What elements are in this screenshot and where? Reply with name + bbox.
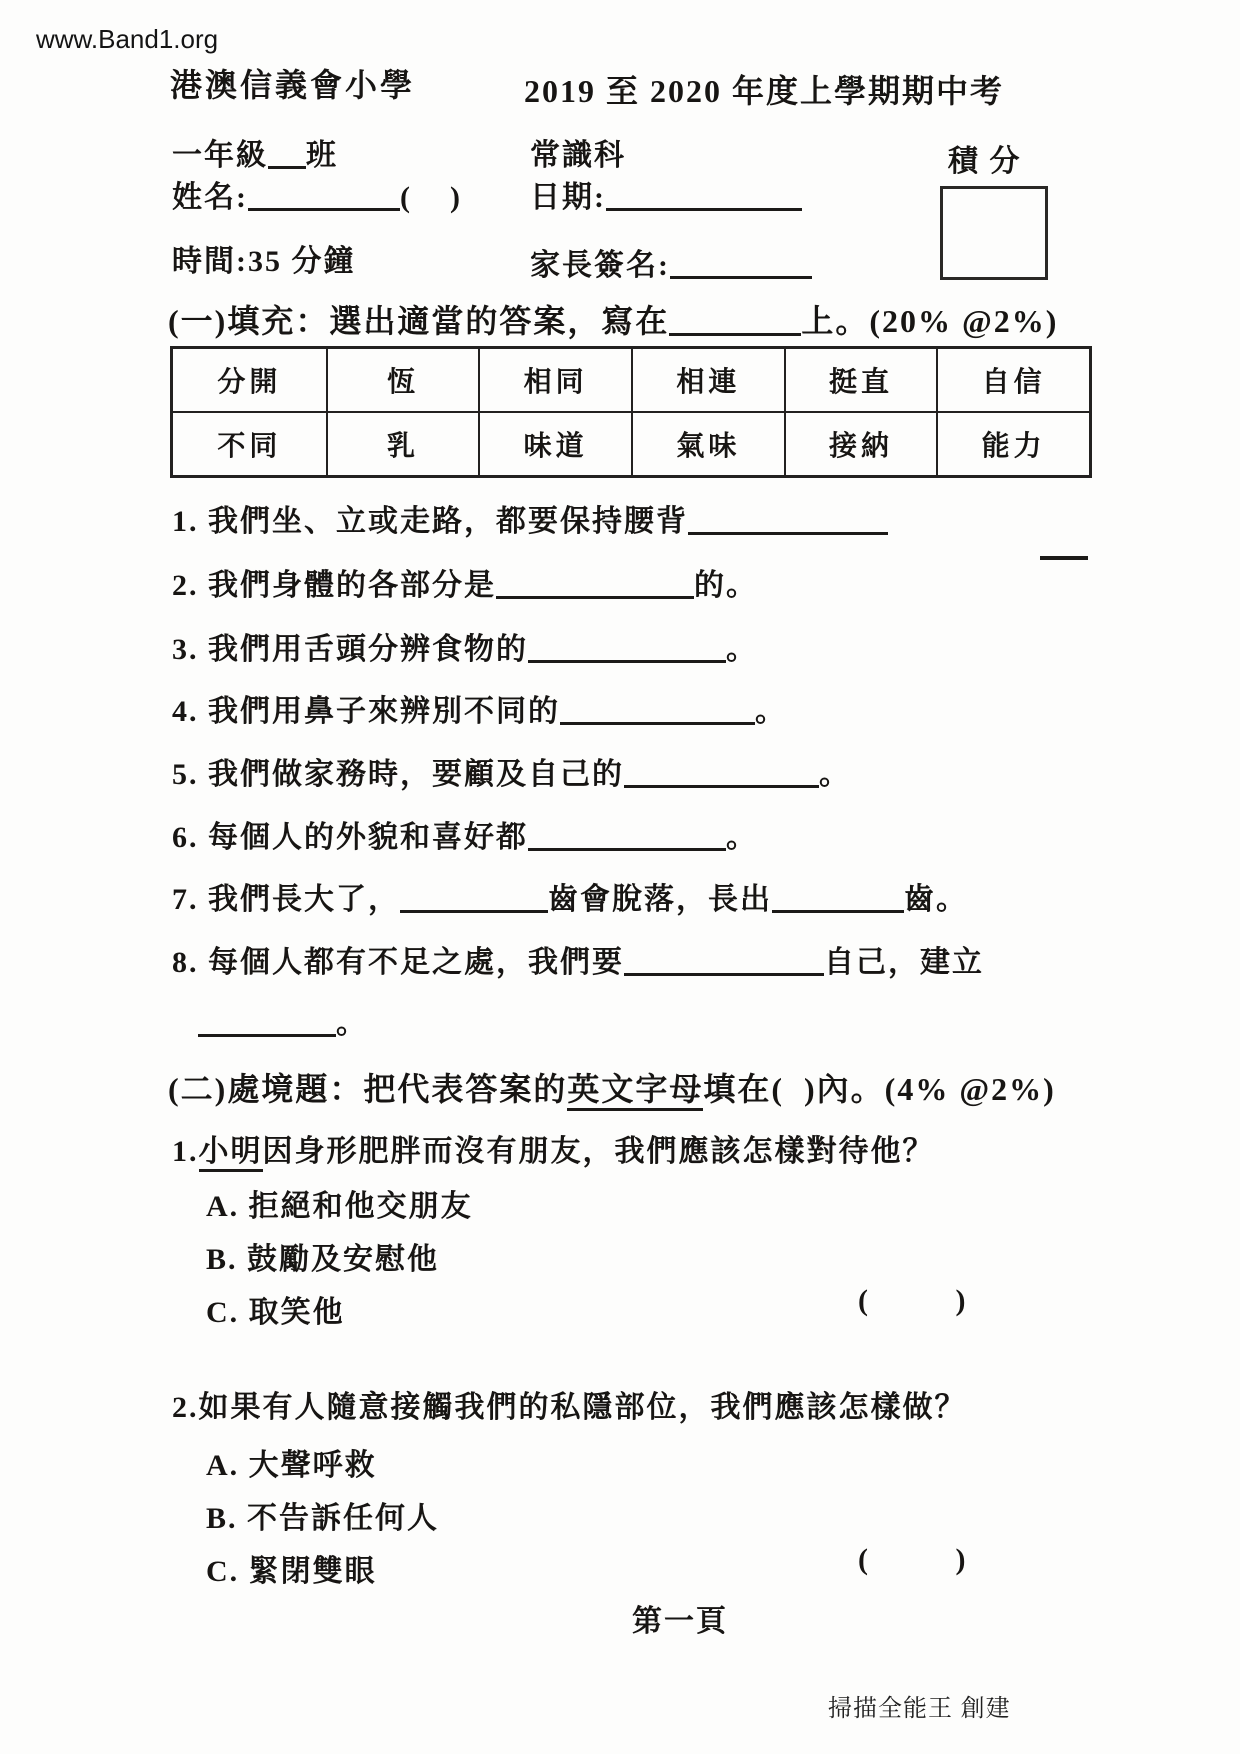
question-end: 。 — [726, 633, 758, 666]
exam-paper-page: www.Band1.org 港澳信義會小學 2019 至 2020 年度上學期期… — [0, 0, 1240, 1754]
question-number: 1. — [172, 505, 199, 538]
question-number: 2. — [172, 1391, 199, 1424]
word-bank-cell: 挺直 — [784, 349, 937, 411]
english-letters-underlined: 英文字母 — [567, 1071, 703, 1111]
grade-blank — [268, 139, 306, 169]
section2-title-prefix: (二)處境題：把代表答案的 — [168, 1071, 567, 1107]
section1-title: (一)填充：選出適當的答案，寫在上。(20% @2%) — [168, 296, 1058, 342]
question-text: 我們用鼻子來辨別不同的 — [208, 695, 560, 728]
name-blank — [248, 181, 400, 211]
question-row-2: 2. 我們身體的各部分是的。 — [172, 560, 758, 604]
question-blank — [624, 946, 824, 976]
question-blank — [496, 569, 694, 599]
answer-parentheses: ( ) — [858, 1284, 967, 1318]
question-text: 每個人都有不足之處，我們要 — [208, 946, 624, 979]
section2-title: (二)處境題：把代表答案的英文字母填在( )內。(4% @2%) — [168, 1064, 1056, 1110]
question-number: 4. — [172, 695, 199, 728]
question-row-3: 3. 我們用舌頭分辨食物的。 — [172, 624, 758, 668]
question-blank — [688, 505, 888, 535]
grade-label: 一年級 — [172, 139, 268, 172]
question-blank — [198, 1007, 336, 1037]
question-row-4: 4. 我們用鼻子來辨別不同的。 — [172, 686, 787, 730]
page-number: 第一頁 — [632, 1596, 728, 1640]
word-bank-cell: 乳 — [326, 411, 479, 475]
question-blank — [560, 695, 755, 725]
parent-sign-blank — [670, 249, 812, 279]
question-number: 6. — [172, 821, 199, 854]
question-text: 每個人的外貌和喜好都 — [208, 821, 528, 854]
question-text: 如果有人隨意接觸我們的私隱部位，我們應該怎樣做？ — [199, 1391, 967, 1424]
exam-title: 2019 至 2020 年度上學期期中考 — [524, 66, 1004, 112]
s2-question-2: 2.如果有人隨意接觸我們的私隱部位，我們應該怎樣做？ — [172, 1382, 967, 1426]
question-end: 。 — [726, 821, 758, 854]
question-number: 2. — [172, 569, 199, 602]
question-number: 5. — [172, 758, 199, 791]
word-bank-cell: 能力 — [936, 411, 1089, 475]
name-line: 姓名:( ) — [172, 172, 462, 216]
date-line: 日期: — [530, 172, 802, 216]
question-text-mid: 齒會脫落，長出 — [548, 883, 772, 916]
option-item: A. 拒絕和他交朋友 — [206, 1181, 473, 1225]
option-item: B. 鼓勵及安慰他 — [206, 1234, 439, 1278]
word-bank-cell: 恆 — [326, 349, 479, 411]
option-item: A. 大聲呼救 — [206, 1440, 377, 1484]
option-item: B. 不告訴任何人 — [206, 1493, 439, 1537]
word-bank-cell: 相同 — [478, 349, 631, 411]
section1-title-suffix: 上。(20% @2%) — [801, 303, 1058, 339]
word-bank-cell: 味道 — [478, 411, 631, 475]
date-label: 日期: — [530, 181, 606, 214]
subject-label: 常識科 — [530, 130, 626, 174]
school-name: 港澳信義會小學 — [170, 60, 415, 106]
word-bank-cell: 氣味 — [631, 411, 784, 475]
grade-line: 一年級班 — [172, 130, 338, 174]
option-item: C. 取笑他 — [206, 1287, 345, 1331]
question-end: 齒。 — [904, 883, 968, 916]
s2-question-1: 1.小明因身形肥胖而沒有朋友，我們應該怎樣對待他？ — [172, 1126, 935, 1170]
question-end: 。 — [819, 758, 851, 791]
question-text: 因身形肥胖而沒有朋友，我們應該怎樣對待他？ — [263, 1135, 935, 1168]
time-label: 時間:35 分鐘 — [172, 236, 356, 280]
question-blank — [624, 758, 819, 788]
question-blank — [400, 883, 548, 913]
question-row-7: 7. 我們長大了，齒會脫落，長出齒。 — [172, 874, 968, 918]
option-item: C. 緊閉雙眼 — [206, 1546, 377, 1590]
question-row-6: 6. 每個人的外貌和喜好都。 — [172, 812, 758, 856]
question-text: 我們坐、立或走路，都要保持腰背 — [208, 505, 688, 538]
question-number: 7. — [172, 883, 199, 916]
watermark-url: www.Band1.org — [36, 24, 218, 55]
stray-mark — [1040, 556, 1088, 560]
question-number: 8. — [172, 946, 199, 979]
question-text: 我們長大了， — [208, 883, 400, 916]
question-number: 1. — [172, 1135, 199, 1168]
question-text: 我們身體的各部分是 — [208, 569, 496, 602]
section2-title-suffix: 填在( )內。(4% @2%) — [703, 1071, 1055, 1107]
scanner-credit: 掃描全能王 創建 — [828, 1688, 1011, 1723]
word-bank-cell: 不同 — [173, 411, 326, 475]
score-label: 積 分 — [948, 136, 1022, 180]
question-row-1: 1. 我們坐、立或走路，都要保持腰背 — [172, 496, 888, 540]
question-blank — [528, 633, 726, 663]
word-bank-cell: 分開 — [173, 349, 326, 411]
question-row-8-line2: 。 — [198, 998, 368, 1042]
grade-suffix: 班 — [306, 139, 338, 172]
section1-title-blank — [669, 304, 801, 336]
section1-title-prefix: (一)填充：選出適當的答案，寫在 — [168, 303, 669, 339]
question-text: 我們做家務時，要顧及自己的 — [208, 758, 624, 791]
question-number: 3. — [172, 633, 199, 666]
answer-parentheses: ( ) — [858, 1543, 967, 1577]
name-paren: ( ) — [400, 181, 462, 214]
parent-sign-label: 家長簽名: — [530, 249, 670, 282]
word-bank-cell: 接納 — [784, 411, 937, 475]
question-row-8: 8. 每個人都有不足之處，我們要自己，建立 — [172, 937, 984, 981]
question-text: 我們用舌頭分辨食物的 — [208, 633, 528, 666]
question-end: 自己，建立 — [824, 946, 984, 979]
question-blank — [528, 821, 726, 851]
question-end: 。 — [336, 1007, 368, 1040]
parent-sign-line: 家長簽名: — [530, 240, 812, 284]
word-bank-cell: 相連 — [631, 349, 784, 411]
question-blank — [772, 883, 904, 913]
question-row-5: 5. 我們做家務時，要顧及自己的。 — [172, 749, 851, 793]
question-end: 的。 — [694, 569, 758, 602]
name-label: 姓名: — [172, 181, 248, 214]
question-end: 。 — [755, 695, 787, 728]
word-bank-cell: 自信 — [936, 349, 1089, 411]
date-blank — [606, 181, 802, 211]
score-box — [940, 186, 1048, 280]
q1-subject-underlined: 小明 — [199, 1135, 263, 1172]
word-bank-table: 分開 恆 相同 相連 挺直 自信 不同 乳 味道 氣味 接納 能力 — [170, 346, 1092, 478]
